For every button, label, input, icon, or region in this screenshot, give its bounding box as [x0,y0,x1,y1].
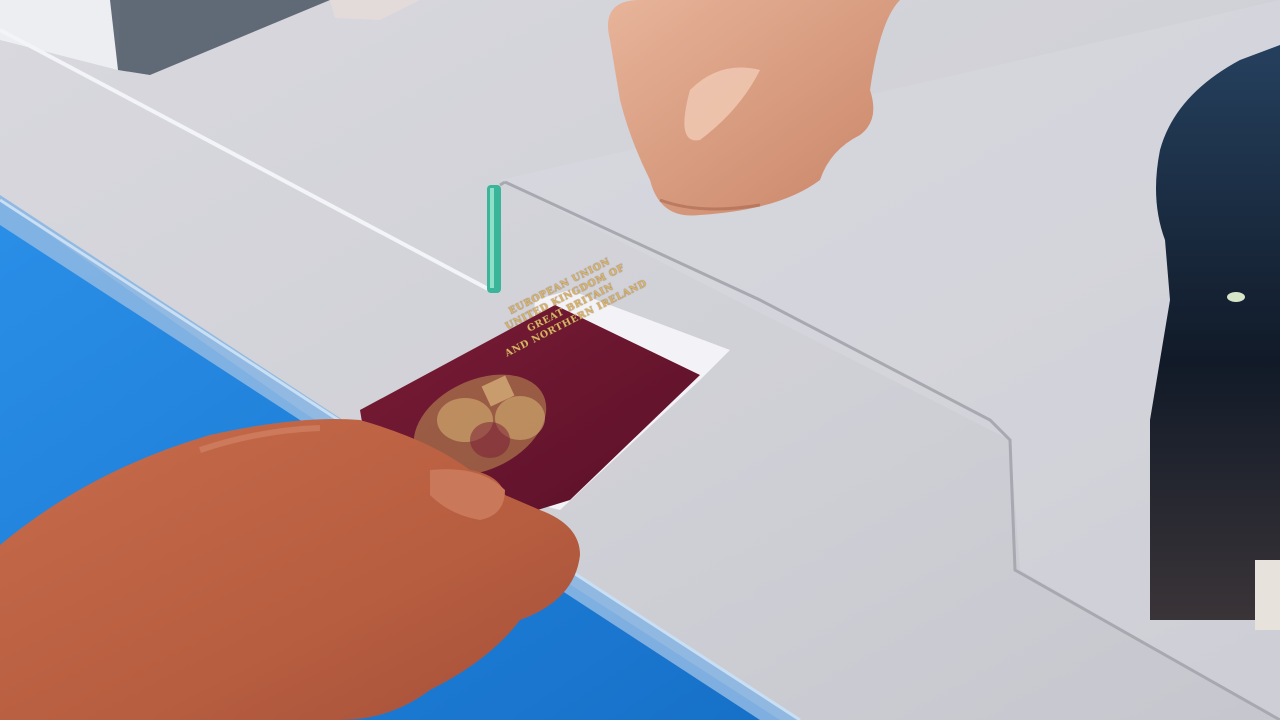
scene-illustration [0,0,1280,720]
terminal-light [1227,292,1245,302]
card-terminal [1150,45,1280,620]
photo-scene: EUROPEAN UNION UNITED KINGDOM OF GREAT B… [0,0,1280,720]
